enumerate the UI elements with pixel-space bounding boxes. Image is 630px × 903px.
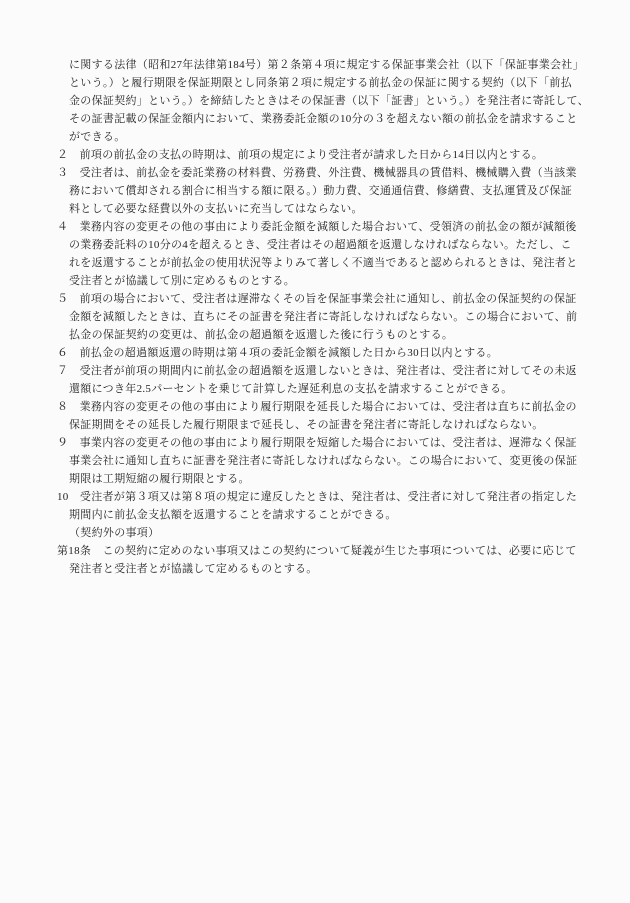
document-paragraph-item: ２ 前項の前払金の支払の時期は、前項の規定により受注者が請求した日から14日以内… xyxy=(57,146,602,164)
document-page: に関する法律（昭和27年法律第184号）第２条第４項に規定する保証事業会社（以下… xyxy=(0,0,630,903)
document-paragraph-article: 第18条 この契約に定めのない事項又はこの契約について疑義が生じた事項については… xyxy=(57,542,602,578)
document-body: に関する法律（昭和27年法律第184号）第２条第４項に規定する保証事業会社（以下… xyxy=(57,56,602,578)
document-paragraph-item: ６ 前払金の超過額返還の時期は第４項の委託金額を減額した日から30日以内とする。 xyxy=(57,344,602,362)
document-paragraph-item: ９ 事業内容の変更その他の事由により履行期限を短縮した場合においては、受注者は、… xyxy=(57,434,602,488)
document-paragraph-continuation: に関する法律（昭和27年法律第184号）第２条第４項に規定する保証事業会社（以下… xyxy=(57,56,602,146)
document-paragraph-item: ３ 受注者は、前払金を委託業務の材料費、労務費、外注費、機械器具の賃借料、機械購… xyxy=(57,164,602,218)
document-paragraph-item: 10 受注者が第３項又は第８項の規定に違反したときは、発注者は、受注者に対して発… xyxy=(57,488,602,524)
document-paragraph-heading: （契約外の事項） xyxy=(57,524,602,542)
document-paragraph-item: ５ 前項の場合において、受注者は遅滞なくその旨を保証事業会社に通知し、前払金の保… xyxy=(57,290,602,344)
document-paragraph-item: ４ 業務内容の変更その他の事由により委託金額を減額した場合おいて、受領済の前払金… xyxy=(57,218,602,290)
document-paragraph-item: ７ 受注者が前項の期間内に前払金の超過額を返還しないときは、発注者は、受注者に対… xyxy=(57,362,602,398)
document-paragraph-item: ８ 業務内容の変更その他の事由により履行期限を延長した場合においては、受注者は直… xyxy=(57,398,602,434)
